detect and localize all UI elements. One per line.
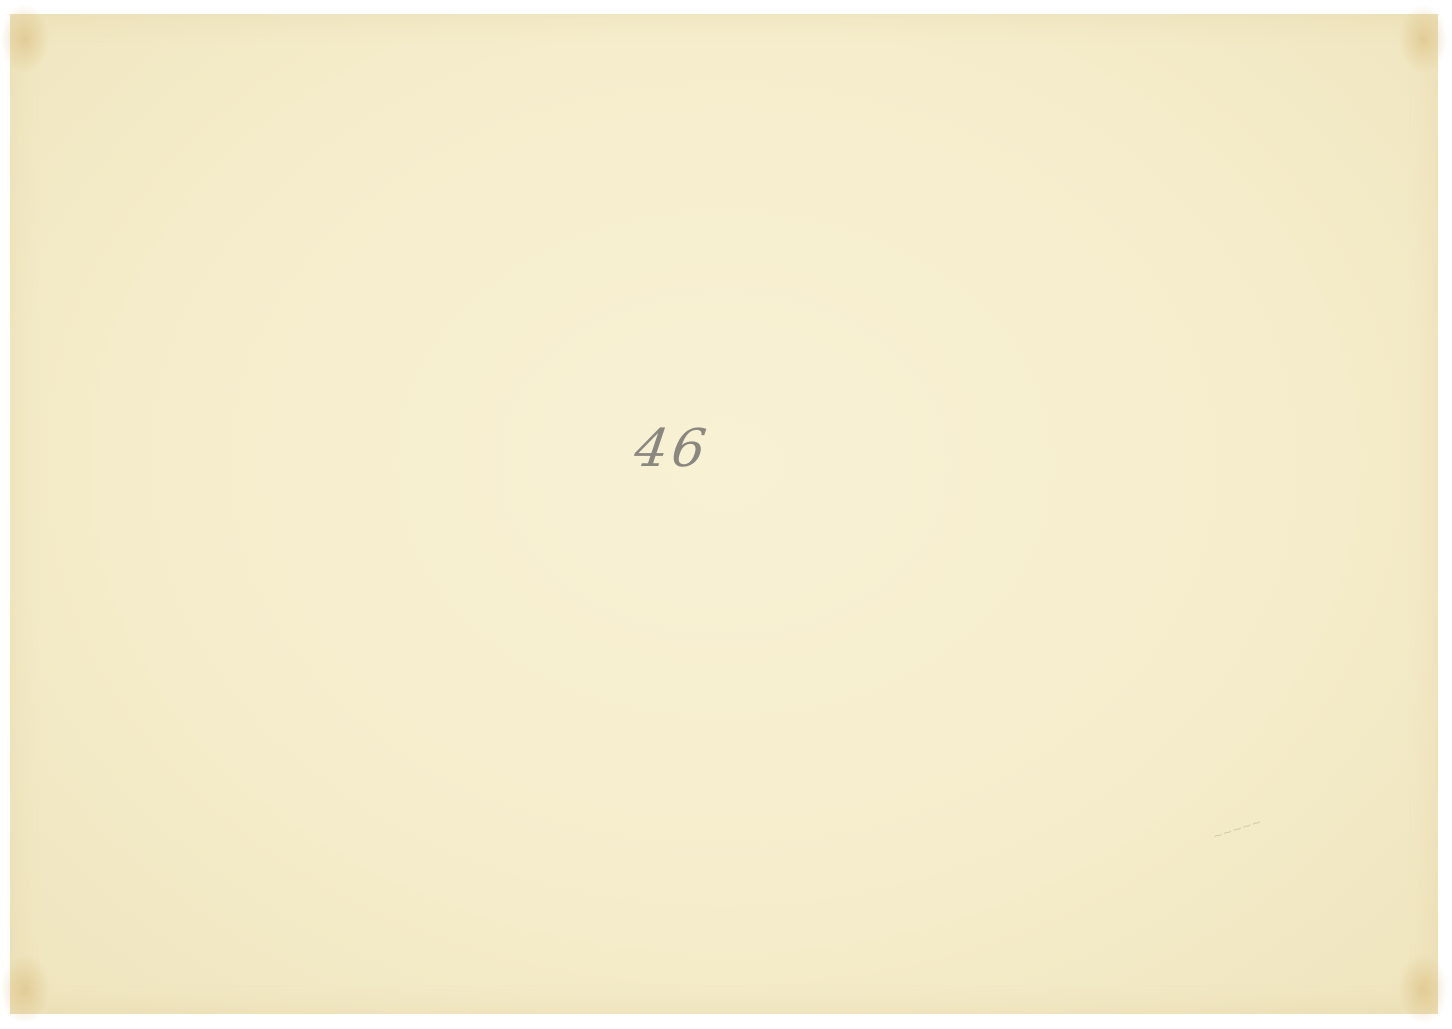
paper-sheet: 46: [10, 14, 1438, 1014]
corner-stain: [1398, 954, 1448, 1024]
handwritten-page-number: 46: [631, 419, 714, 479]
corner-stain: [0, 954, 50, 1024]
corner-stain: [0, 4, 50, 74]
corner-stain: [1398, 4, 1448, 74]
